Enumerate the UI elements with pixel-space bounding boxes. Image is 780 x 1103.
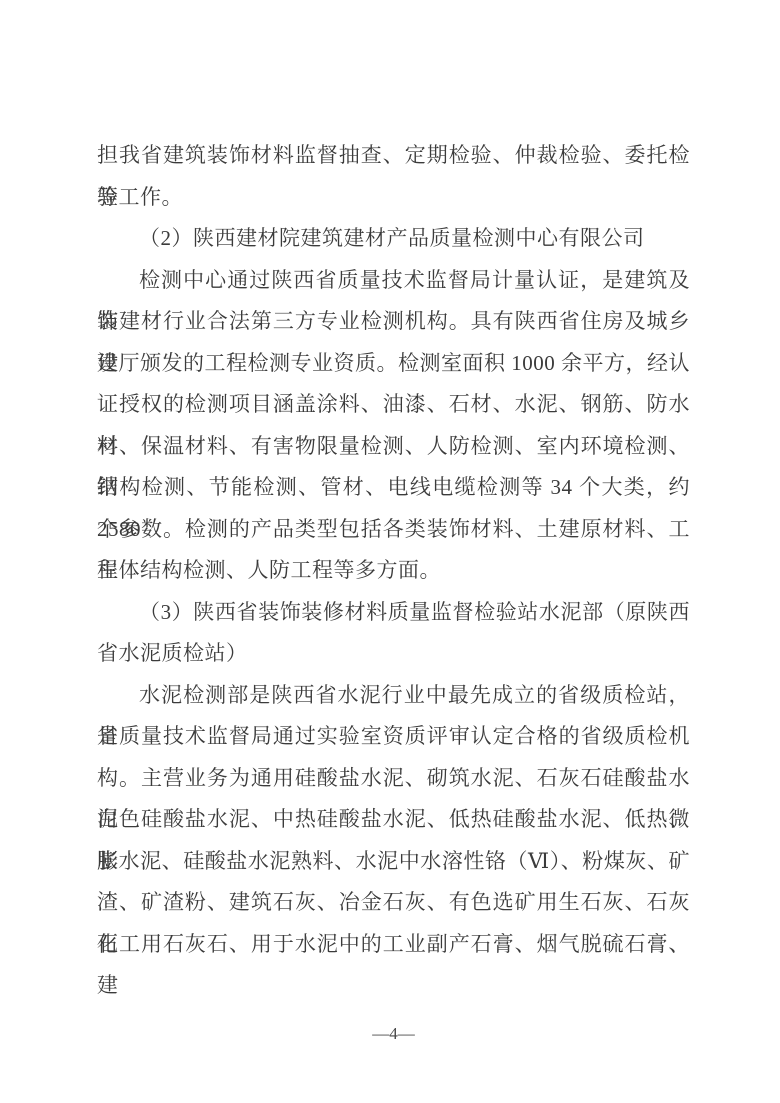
text-line: 化工用石灰石、用于水泥中的工业副产石膏、烟气脱硫石膏、建 [97,924,690,966]
text-line: 渣、矿渣粉、建筑石灰、冶金石灰、有色选矿用生石灰、石灰石、 [97,882,690,924]
text-line: 水泥检测部是陕西省水泥行业中最先成立的省级质检站，是 [97,675,690,717]
text-line: （2）陕西建材院建筑建材产品质量检测中心有限公司 [97,218,690,260]
text-line: 主体结构检测、人防工程等多方面。 [97,550,690,592]
text-line: 担我省建筑装饰材料监督抽查、定期检验、仲裁检验、委托检验 [97,135,690,177]
text-line: 个参数。检测的产品类型包括各类装饰材料、土建原材料、工程 [97,509,690,551]
text-line: 饰建材行业合法第三方专业检测机构。具有陕西省住房及城乡建 [97,301,690,343]
text-line: 白色硅酸盐水泥、中热硅酸盐水泥、低热硅酸盐水泥、低热微膨 [97,799,690,841]
text-line: 料、保温材料、有害物限量检测、人防检测、室内环境检测、钢 [97,426,690,468]
page-number: —4— [97,1024,690,1044]
text-line: 胀水泥、硅酸盐水泥熟料、水泥中水溶性铬（Ⅵ）、粉煤灰、矿 [97,841,690,883]
text-line: 检测中心通过陕西省质量技术监督局计量认证，是建筑及装 [97,260,690,302]
text-line: 证授权的检测项目涵盖涂料、油漆、石材、水泥、钢筋、防水材 [97,384,690,426]
text-line: 设厅颁发的工程检测专业资质。检测室面积 1000 余平方，经认 [97,343,690,385]
text-line: 构。主营业务为通用硅酸盐水泥、砌筑水泥、石灰石硅酸盐水泥、 [97,758,690,800]
page-body-text: 担我省建筑装饰材料监督抽查、定期检验、仲裁检验、委托检验等工作。（2）陕西建材院… [97,135,690,965]
text-line: 结构检测、节能检测、管材、电线电缆检测等 34 个大类，约 2580 [97,467,690,509]
text-line: （3）陕西省装饰装修材料质量监督检验站水泥部（原陕西 [97,592,690,634]
text-line: 省水泥质检站） [97,633,690,675]
document-page: 担我省建筑装饰材料监督抽查、定期检验、仲裁检验、委托检验等工作。（2）陕西建材院… [0,0,780,1103]
text-line: 省质量技术监督局通过实验室资质评审认定合格的省级质检机 [97,716,690,758]
text-line: 等工作。 [97,177,690,219]
